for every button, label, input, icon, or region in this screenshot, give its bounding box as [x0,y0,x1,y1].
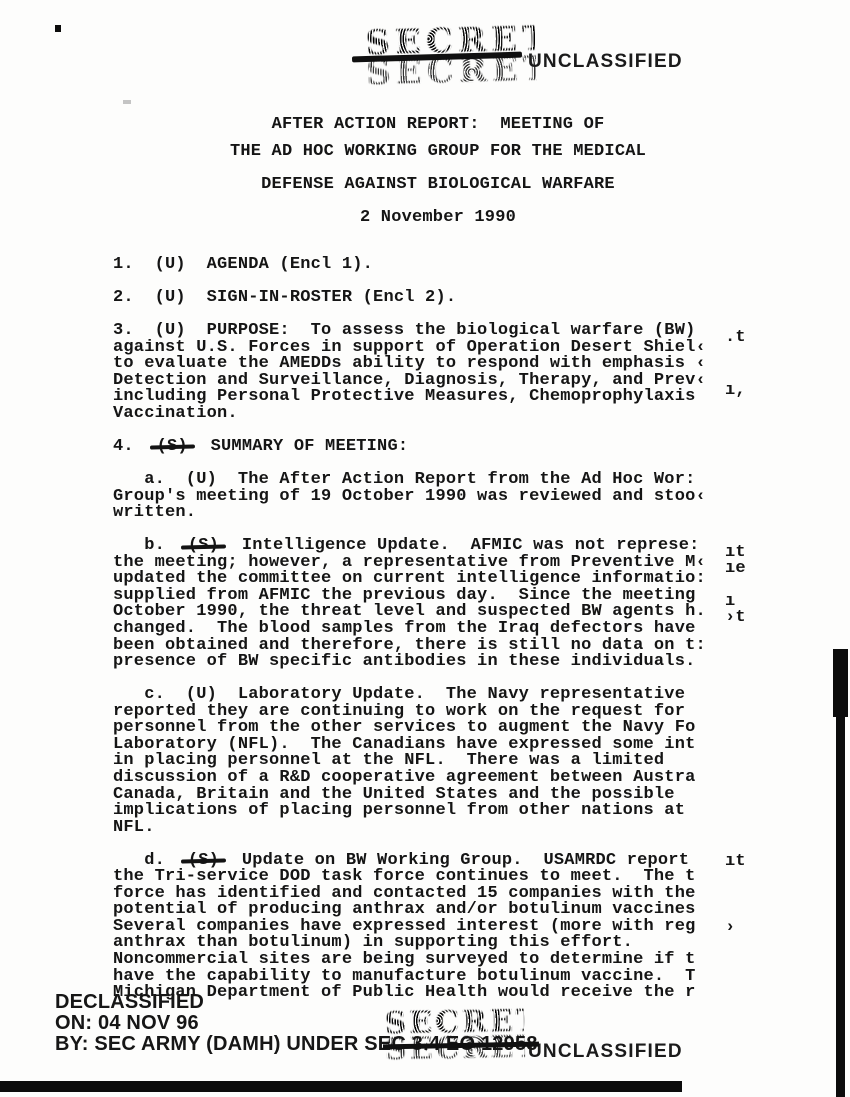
text-segment: written. [113,503,196,522]
unclassified-label-bottom: UNCLASSIFIED [528,1042,683,1061]
struck-authority-text: C 3.4 EO 12958 [391,1033,537,1055]
declassified-date-line: ON: 04 NOV 96 [55,1013,199,1034]
paragraph: 4. (S) SUMMARY OF MEETING: [113,439,753,456]
text-segment: 1. (U) AGENDA (Encl 1). [113,255,373,274]
title-line-2: THE AD HOC WORKING GROUP FOR THE MEDICAL [113,144,763,161]
paragraph: 3. (U) PURPOSE: To assess the biological… [113,323,753,422]
text-line: implications of placing personnel from o… [113,803,753,820]
title-line-1: AFTER ACTION REPORT: MEETING OF [113,117,763,134]
text-segment: Group's meeting of 19 October 1990 was r… [113,487,706,506]
scan-speck [123,100,131,104]
declassified-stamp-line: DECLASSIFIED [55,992,204,1013]
paragraph: d. (S) Update on BW Working Group. USAMR… [113,853,753,1002]
text-line: Michigan Department of Public Health wou… [113,985,753,1002]
cutoff-text-fragment: ı, [725,383,746,400]
text-line: Group's meeting of 19 October 1990 was r… [113,489,753,506]
struck-classification-mark: (S) [186,851,221,870]
cutoff-text-fragment: ıt [725,854,746,871]
paragraph: 1. (U) AGENDA (Encl 1). [113,257,753,274]
text-line: 2. (U) SIGN-IN-ROSTER (Encl 2). [113,290,753,307]
struck-classification-mark: (S) [155,437,190,456]
text-segment: Vaccination. [113,404,238,423]
text-line: presence of BW specific antibodies in th… [113,654,753,671]
cutoff-text-fragment: ıe [725,561,746,578]
text-segment: 4. [113,437,155,456]
scan-bar-right [836,715,845,1097]
paragraph: b. (S) Intelligence Update. AFMIC was no… [113,538,753,670]
text-line: 4. (S) SUMMARY OF MEETING: [113,439,753,456]
text-line: NFL. [113,820,753,837]
document-body: 1. (U) AGENDA (Encl 1).2. (U) SIGN-IN-RO… [113,257,753,1018]
text-line: written. [113,505,753,522]
text-line: Vaccination. [113,406,753,423]
paragraph: c. (U) Laboratory Update. The Navy repre… [113,687,753,836]
text-line: 1. (U) AGENDA (Encl 1). [113,257,753,274]
text-segment: NFL. [113,818,155,837]
cutoff-text-fragment: .t [725,330,746,347]
scan-bar-right [833,649,848,717]
title-block: AFTER ACTION REPORT: MEETING OF THE AD H… [113,0,763,99]
text-segment: implications of placing personnel from o… [113,801,685,820]
document-page: SECRET SECRET UNCLASSIFIED AFTER ACTION … [0,0,850,1097]
scan-bar-bottom [0,1081,682,1092]
title-line-3: DEFENSE AGAINST BIOLOGICAL WARFARE [113,177,763,194]
scan-speck [55,25,61,32]
text-segment: 2. (U) SIGN-IN-ROSTER (Encl 2). [113,288,456,307]
paragraph: 2. (U) SIGN-IN-ROSTER (Encl 2). [113,290,753,307]
text-segment: SUMMARY OF MEETING: [190,437,408,456]
text-segment: presence of BW specific antibodies in th… [113,652,696,671]
paragraph: a. (U) The After Action Report from the … [113,472,753,522]
authority-text: BY: SEC ARMY (DAMH) UNDER SE [55,1033,391,1055]
struck-classification-mark: (S) [186,536,221,555]
cutoff-text-fragment: › [725,920,735,937]
document-date: 2 November 1990 [113,210,763,227]
cutoff-text-fragment: ›t [725,610,746,627]
declassified-authority-line: BY: SEC ARMY (DAMH) UNDER SEC 3.4 EO 129… [55,1034,538,1055]
